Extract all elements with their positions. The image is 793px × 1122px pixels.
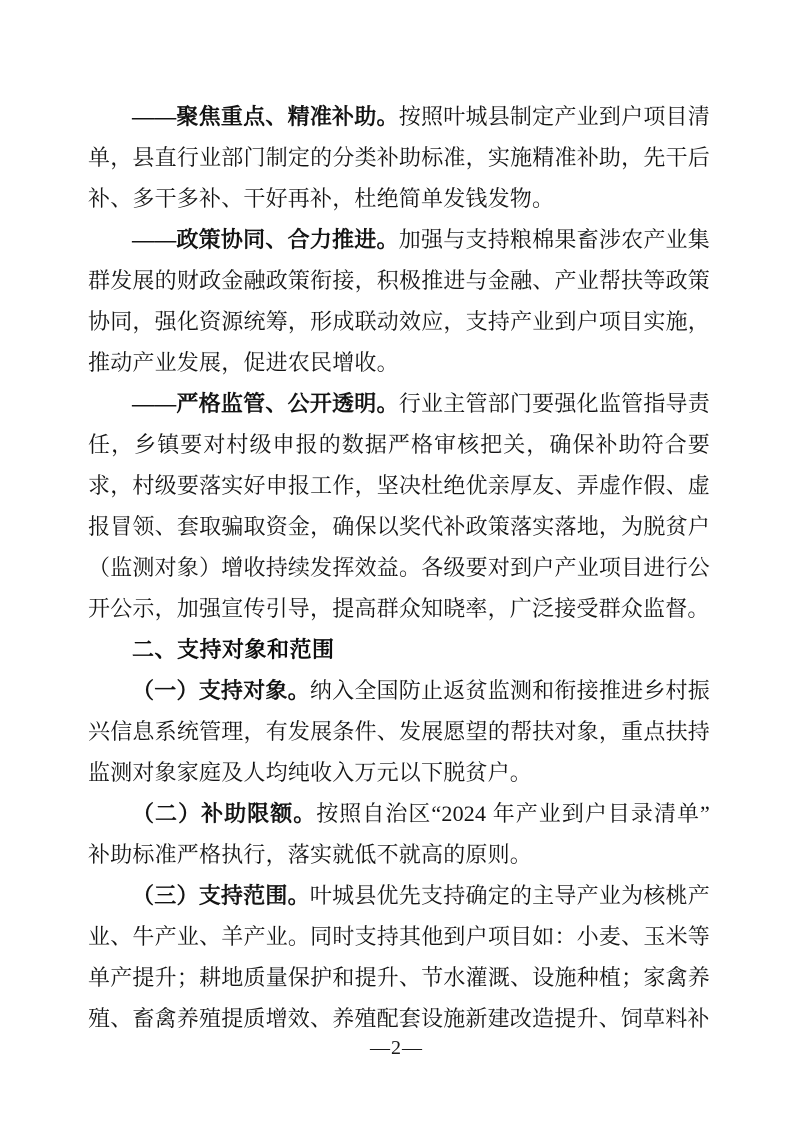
paragraph-strict-supervision: ——严格监管、公开透明。行业主管部门要强化监管指导责任，乡镇要对村级申报的数据严… <box>88 383 710 629</box>
paragraph-policy-synergy: ——政策协同、合力推进。加强与支持粮棉果畜涉农产业集群发展的财政金融政策衔接，积… <box>88 219 710 383</box>
paragraph-lead: （二）补助限额。 <box>132 801 316 826</box>
paragraph-lead: （一）支持对象。 <box>132 678 310 703</box>
paragraph-subsidy-limit: （二）补助限额。按照自治区“2024 年产业到户目录清单”补助标准严格执行，落实… <box>88 793 710 875</box>
document-page: ——聚焦重点、精准补助。按照叶城县制定产业到户项目清单，县直行业部门制定的分类补… <box>0 0 793 1122</box>
page-number: —2— <box>0 1033 793 1063</box>
paragraph-lead: （三）支持范围。 <box>132 883 310 908</box>
paragraph-lead: ——严格监管、公开透明。 <box>132 391 399 416</box>
paragraph-support-scope: （三）支持范围。叶城县优先支持确定的主导产业为核桃产业、牛产业、羊产业。同时支持… <box>88 875 710 1039</box>
paragraph-text: 行业主管部门要强化监管指导责任，乡镇要对村级申报的数据严格审核把关，确保补助符合… <box>88 391 710 621</box>
paragraph-lead: ——政策协同、合力推进。 <box>132 227 399 252</box>
paragraph-support-target: （一）支持对象。纳入全国防止返贫监测和衔接推进乡村振兴信息系统管理，有发展条件、… <box>88 670 710 793</box>
paragraph-focus-subsidy: ——聚焦重点、精准补助。按照叶城县制定产业到户项目清单，县直行业部门制定的分类补… <box>88 96 710 219</box>
content-area: ——聚焦重点、精准补助。按照叶城县制定产业到户项目清单，县直行业部门制定的分类补… <box>88 96 710 1039</box>
paragraph-lead: ——聚焦重点、精准补助。 <box>132 104 399 129</box>
section-heading: 二、支持对象和范围 <box>88 629 710 670</box>
